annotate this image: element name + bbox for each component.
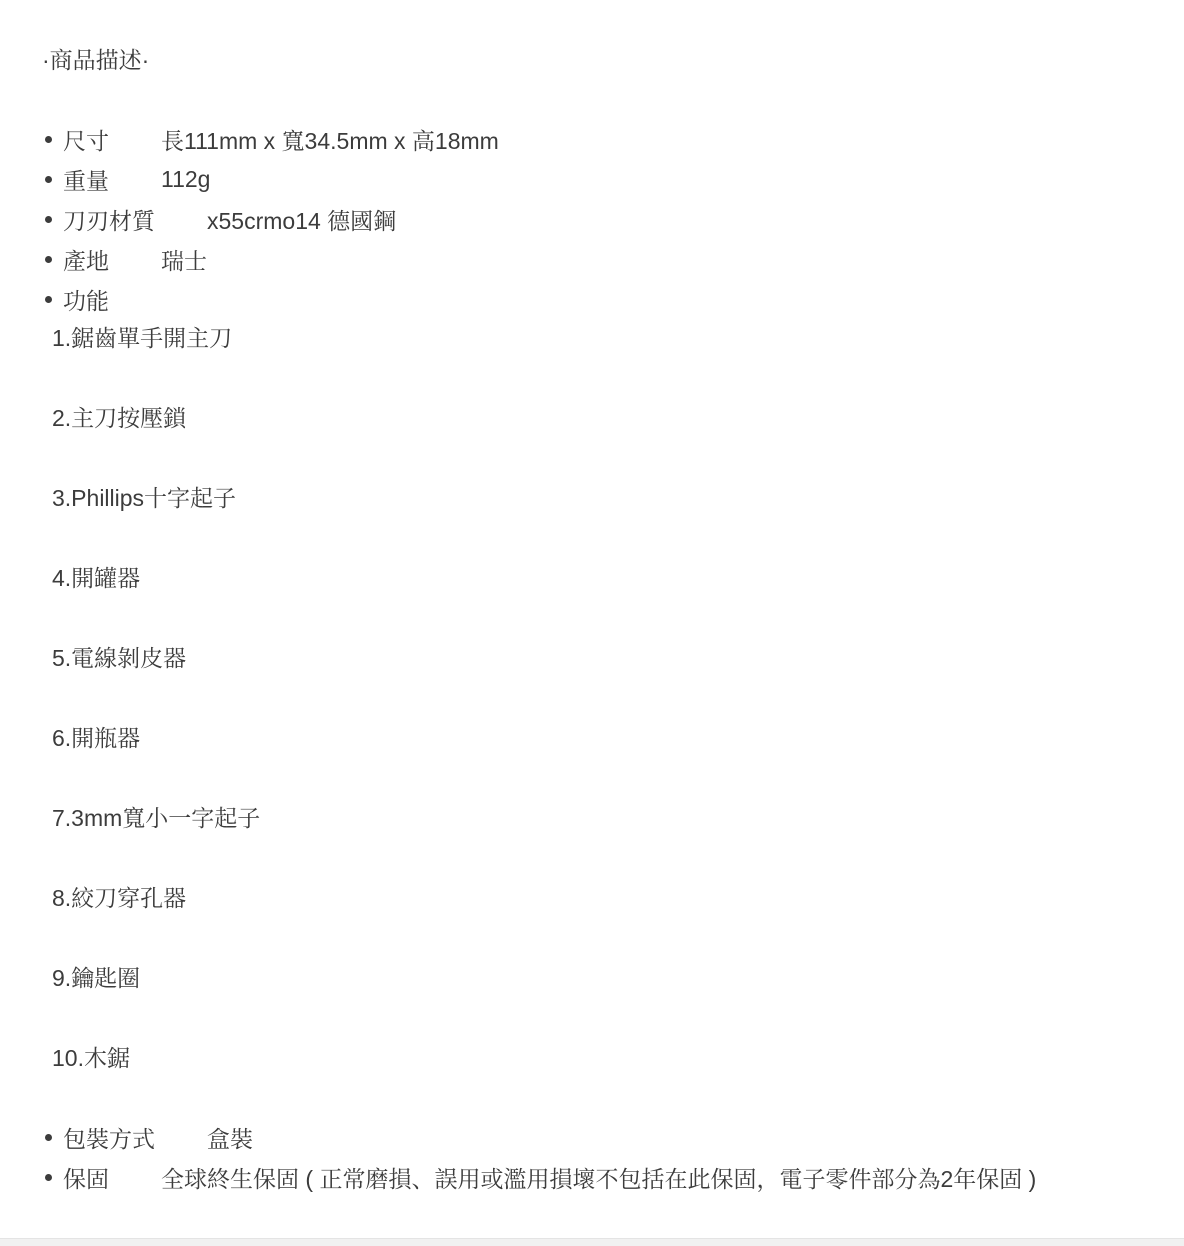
spec-label: 包裝方式 [63,1121,155,1154]
function-item-4: 4.開罐器 [52,567,1184,590]
spec-value: x55crmo14 德國鋼 [207,203,396,236]
spec-value: 長111mm x 寬34.5mm x 高18mm [161,123,499,156]
spec-row-origin: 產地 瑞士 [0,239,1184,279]
spec-value: 112g [161,166,210,193]
spec-value: 瑞士 [161,243,207,276]
function-item-7: 7.3mm寬小一字起子 [52,807,1184,830]
bullet-icon [45,176,52,183]
spec-row-blade-material: 刀刃材質 x55crmo14 德國鋼 [0,199,1184,239]
function-list: 1.鋸齒單手開主刀 2.主刀按壓鎖 3.Phillips十字起子 4.開罐器 5… [0,327,1184,1070]
spec-list-bottom: 包裝方式 盒裝 保固 全球終生保固 ( 正常磨損、誤用或濫用損壞不包括在此保固，… [0,1117,1184,1197]
function-item-6: 6.開瓶器 [52,727,1184,750]
spec-row-weight: 重量 112g [0,159,1184,199]
section-title: ·商品描述· [0,0,1184,73]
page-bottom-divider [0,1238,1184,1246]
spec-label: 功能 [63,283,109,316]
spec-label: 重量 [63,163,109,196]
spec-label: 尺寸 [63,123,109,156]
spec-value: 盒裝 [207,1121,253,1154]
spec-label: 產地 [63,243,109,276]
bullet-icon [45,296,52,303]
product-description-section: ·商品描述· 尺寸 長111mm x 寬34.5mm x 高18mm 重量 11… [0,0,1184,1246]
bullet-icon [45,256,52,263]
spec-row-warranty: 保固 全球終生保固 ( 正常磨損、誤用或濫用損壞不包括在此保固，電子零件部分為2… [0,1157,1184,1197]
bullet-icon [45,136,52,143]
function-item-1: 1.鋸齒單手開主刀 [52,327,1184,350]
spec-row-functions: 功能 [0,279,1184,319]
function-item-9: 9.鑰匙圈 [52,967,1184,990]
spec-label: 刀刃材質 [63,203,155,236]
function-item-5: 5.電線剝皮器 [52,647,1184,670]
bullet-icon [45,1174,52,1181]
spec-list-top: 尺寸 長111mm x 寬34.5mm x 高18mm 重量 112g 刀刃材質… [0,119,1184,319]
function-item-8: 8.絞刀穿孔器 [52,887,1184,910]
function-item-10: 10.木鋸 [52,1047,1184,1070]
function-item-3: 3.Phillips十字起子 [52,487,1184,510]
function-item-2: 2.主刀按壓鎖 [52,407,1184,430]
spec-value: 全球終生保固 ( 正常磨損、誤用或濫用損壞不包括在此保固，電子零件部分為2年保固… [161,1161,1036,1194]
spec-label: 保固 [63,1161,109,1194]
spec-row-packaging: 包裝方式 盒裝 [0,1117,1184,1157]
spec-row-dimensions: 尺寸 長111mm x 寬34.5mm x 高18mm [0,119,1184,159]
bullet-icon [45,216,52,223]
bullet-icon [45,1134,52,1141]
